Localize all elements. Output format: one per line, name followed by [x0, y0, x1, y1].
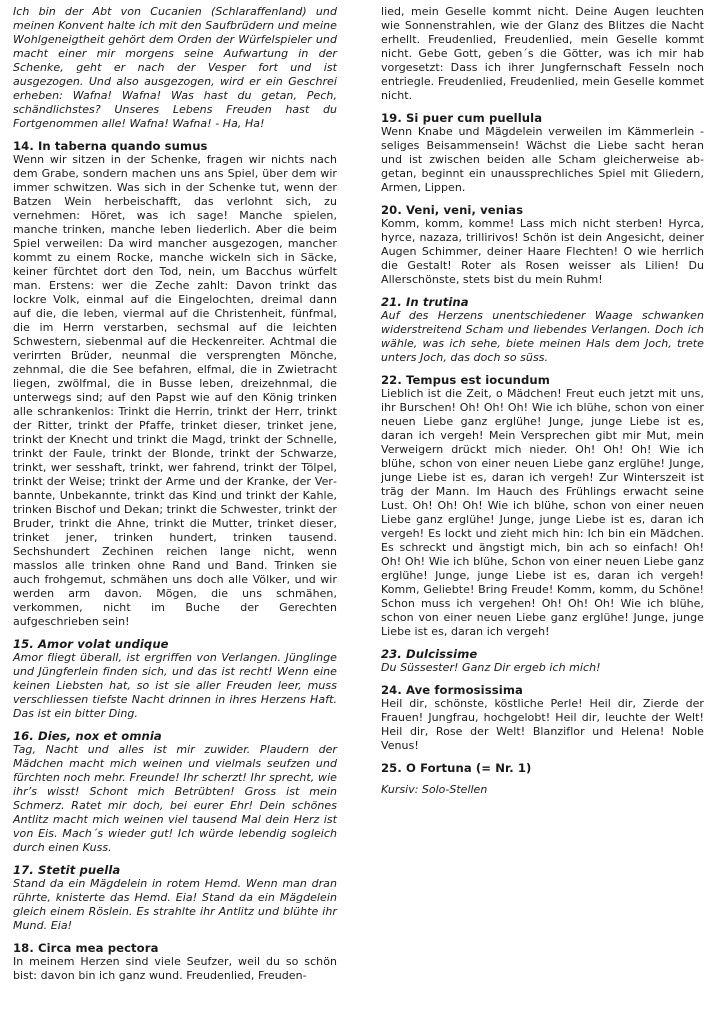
section-22: 22. Tempus est iocundum Lieblich ist die…	[381, 373, 704, 639]
section-text: Komm, komm, komme! Lass mich nicht sterb…	[381, 217, 704, 287]
section-text: Heil dir, schönste, köstliche Perle! Hei…	[381, 697, 704, 753]
section-heading: 20. Veni, veni, venias	[381, 203, 704, 217]
section-14: 14. In taberna quando sumus Wenn wir sit…	[13, 139, 337, 629]
section-19: 19. Si puer cum puellula Wenn Knabe und …	[381, 111, 704, 195]
section-20: 20. Veni, veni, venias Komm, komm, komme…	[381, 203, 704, 287]
section-text: Wenn Knabe und Mägdelein verweilen im Kä…	[381, 125, 704, 195]
section-23: 23. Dulcissime Du Süssester! Ganz Dir er…	[381, 647, 704, 675]
section-21: 21. In trutina Auf des Herzens unentschi…	[381, 295, 704, 365]
footnote-italic-legend: Kursiv: Solo-Stellen	[381, 783, 704, 797]
section-text: Stand da ein Mägdelein in rotem Hemd. We…	[13, 877, 337, 933]
section-18-continuation: lied, mein Geselle kommt nicht. Deine Au…	[381, 5, 704, 103]
section-text: Amor fliegt überall, ist ergriffen von V…	[13, 651, 337, 721]
section-heading: 15. Amor volat undique	[13, 637, 337, 651]
section-heading: 18. Circa mea pectora	[13, 941, 337, 955]
section-24: 24. Ave formosissima Heil dir, schönste,…	[381, 683, 704, 753]
intro-text: Ich bin der Abt von Cucanien (Schlaraffe…	[13, 5, 337, 131]
section-heading: 25. O Fortuna (= Nr. 1)	[381, 761, 704, 775]
section-heading: 19. Si puer cum puellula	[381, 111, 704, 125]
section-text: In meinem Herzen sind viele Seufzer, wei…	[13, 955, 337, 983]
continuation-text: lied, mein Geselle kommt nicht. Deine Au…	[381, 5, 704, 103]
section-heading: 14. In taberna quando sumus	[13, 139, 337, 153]
section-16: 16. Dies, nox et omnia Tag, Nacht und al…	[13, 729, 337, 855]
section-25: 25. O Fortuna (= Nr. 1)	[381, 761, 704, 775]
section-heading: 17. Stetit puella	[13, 863, 337, 877]
left-column: Ich bin der Abt von Cucanien (Schlaraffe…	[13, 5, 337, 991]
footnote-section: Kursiv: Solo-Stellen	[381, 783, 704, 797]
section-text: Tag, Nacht und alles ist mir zuwider. Pl…	[13, 743, 337, 855]
section-15: 15. Amor volat undique Amor fliegt übera…	[13, 637, 337, 721]
document-page: Ich bin der Abt von Cucanien (Schlaraffe…	[0, 0, 720, 1025]
section-text: Auf des Herzens unentschiedener Waage sc…	[381, 309, 704, 365]
section-17: 17. Stetit puella Stand da ein Mägdelein…	[13, 863, 337, 933]
section-18: 18. Circa mea pectora In meinem Herzen s…	[13, 941, 337, 983]
section-heading: 16. Dies, nox et omnia	[13, 729, 337, 743]
section-text: Du Süssester! Ganz Dir ergeb ich mich!	[381, 661, 704, 675]
section-heading: 24. Ave formosissima	[381, 683, 704, 697]
section-text: Wenn wir sitzen in der Schenke, fragen w…	[13, 153, 337, 629]
intro-section: Ich bin der Abt von Cucanien (Schlaraffe…	[13, 5, 337, 131]
right-column: lied, mein Geselle kommt nicht. Deine Au…	[381, 5, 704, 805]
section-heading: 21. In trutina	[381, 295, 704, 309]
section-heading: 22. Tempus est iocundum	[381, 373, 704, 387]
section-text: Lieblich ist die Zeit, o Mädchen! Freut …	[381, 387, 704, 639]
section-heading: 23. Dulcissime	[381, 647, 704, 661]
